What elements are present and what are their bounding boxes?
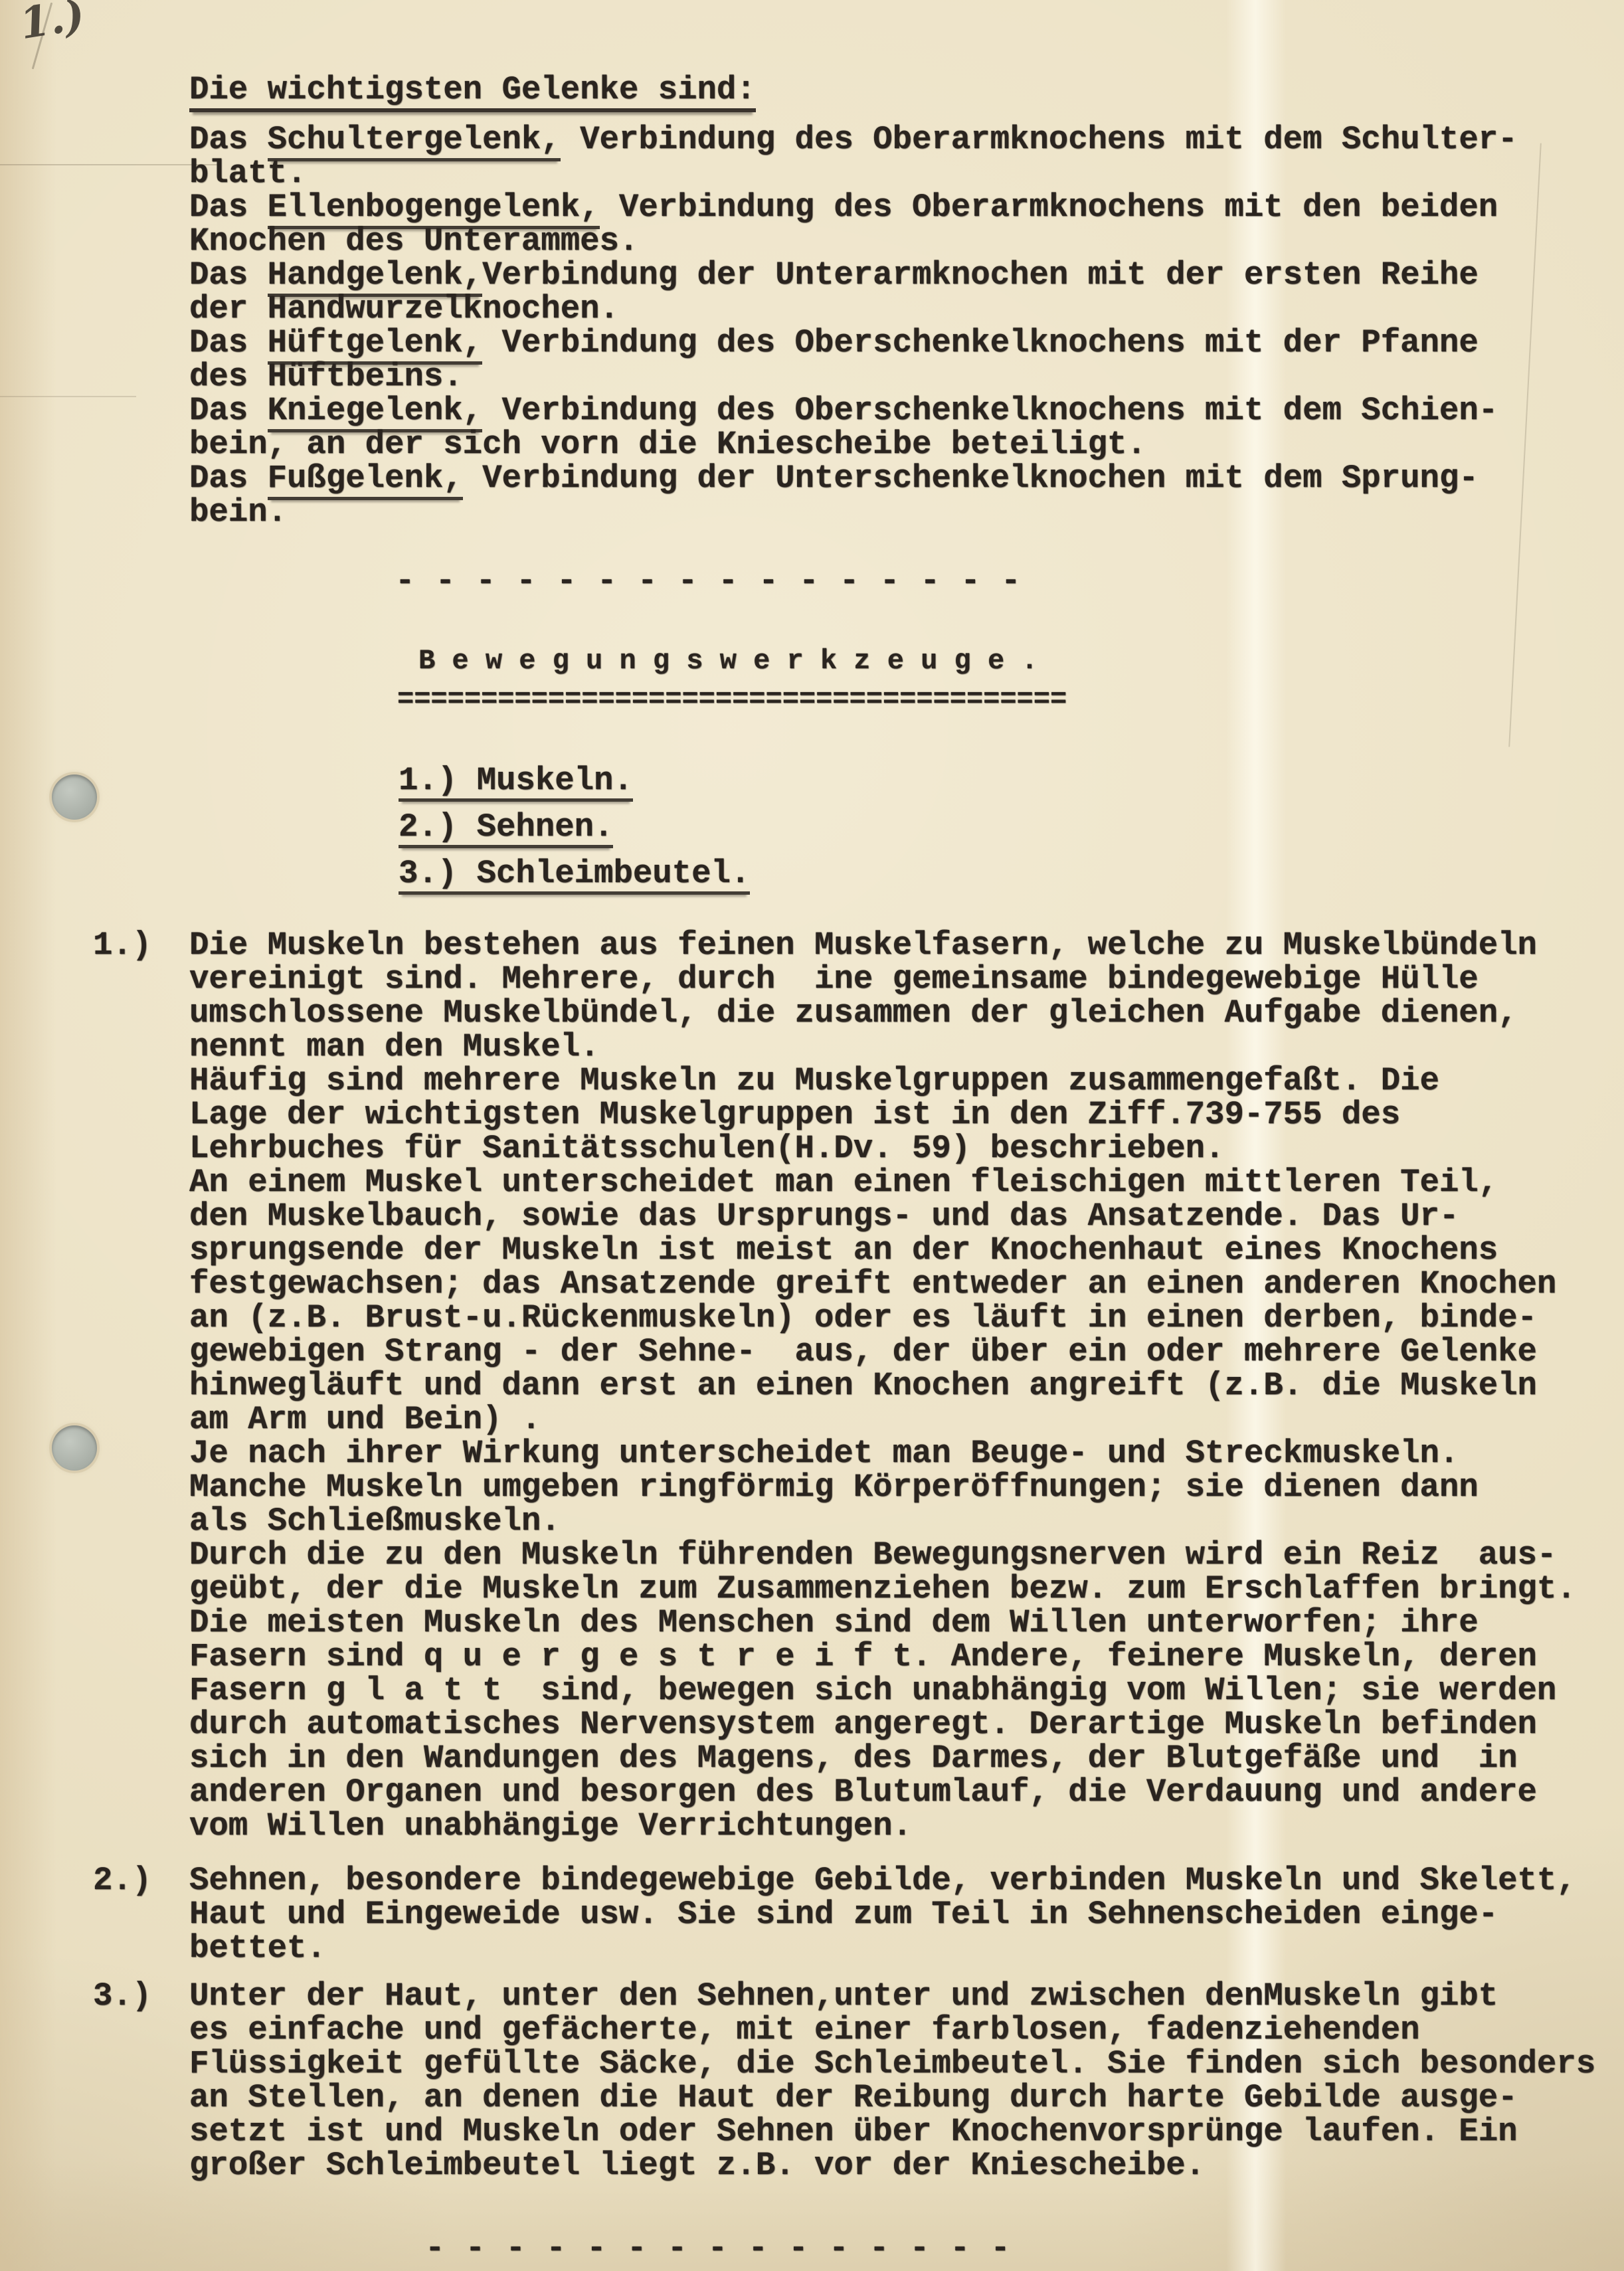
joint-term: Fußgelenk, <box>268 460 463 500</box>
heading-underline-row: ======================================== <box>397 684 1067 715</box>
numbered-paragraph-sehnen: 2.) Sehnen, besondere bindegewebige Gebi… <box>0 1864 1624 1965</box>
joint-entry-hueftgelenk: Das Hüftgelenk, Verbindung des Oberschen… <box>189 326 1518 394</box>
joint-prefix: Das <box>189 256 268 294</box>
numbered-paragraph-schleimbeutel: 3.) Unter der Haut, unter den Sehnen,unt… <box>0 1979 1624 2183</box>
joint-entry-schultergelenk: Das Schultergelenk, Verbindung des Obera… <box>189 123 1518 191</box>
joint-list: Das Schultergelenk, Verbindung des Obera… <box>189 123 1518 529</box>
paragraph-number: 1.) <box>93 929 151 962</box>
joint-prefix: Das <box>189 324 268 361</box>
joint-entry-ellenbogengelenk: Das Ellenbogengelenk, Verbindung des Obe… <box>189 191 1518 258</box>
handwritten-page-number: 1.) <box>17 0 88 49</box>
joint-entry-handgelenk: Das Handgelenk,Verbindung der Unterarmkn… <box>189 258 1518 326</box>
section-heading-gelenke: Die wichtigsten Gelenke sind: <box>189 73 756 107</box>
section-heading-bewegungswerkzeuge: B e w e g u n g s w e r k z e u g e . <box>418 646 1038 676</box>
paragraph-text: Die Muskeln bestehen aus feinen Muskelfa… <box>189 929 1624 1843</box>
joint-prefix: Das <box>189 189 268 226</box>
heading-underlined-text: Die wichtigsten Gelenke sind: <box>189 71 756 112</box>
paper-scratch-line <box>0 164 219 165</box>
hole-punch-top <box>52 774 97 820</box>
paper-scratch-line <box>0 396 136 397</box>
scanned-typewritten-page: 1.) Die wichtigsten Gelenke sind: Das Sc… <box>0 0 1624 2271</box>
joint-term: Schultergelenk, <box>268 121 561 161</box>
joint-prefix: Das <box>189 460 268 497</box>
joint-prefix: Das <box>189 392 268 429</box>
paragraph-text: Unter der Haut, unter den Sehnen,unter u… <box>189 1979 1624 2183</box>
paragraph-text: Sehnen, besondere bindegewebige Gebilde,… <box>189 1864 1624 1965</box>
list-item-muskeln: 1.) Muskeln. <box>399 764 750 802</box>
dashed-divider-bottom: - - - - - - - - - - - - - - - <box>425 2232 1011 2266</box>
joint-entry-kniegelenk: Das Kniegelenk, Verbindung des Oberschen… <box>189 394 1518 462</box>
list-item-schleimbeutel: 3.) Schleimbeutel. <box>399 857 750 895</box>
dashed-divider-top: - - - - - - - - - - - - - - - - <box>395 565 1022 598</box>
list-item-sehnen: 2.) Sehnen. <box>399 810 750 848</box>
paragraph-number: 2.) <box>93 1864 151 1898</box>
joint-prefix: Das <box>189 121 268 158</box>
paragraph-number: 3.) <box>93 1979 151 2013</box>
numbered-paragraph-muskeln: 1.) Die Muskeln bestehen aus feinen Musk… <box>0 929 1624 1843</box>
joint-entry-fussgelenk: Das Fußgelenk, Verbindung der Unterschen… <box>189 462 1518 529</box>
bewegungswerkzeuge-list: 1.) Muskeln. 2.) Sehnen. 3.) Schleimbeut… <box>399 764 750 903</box>
